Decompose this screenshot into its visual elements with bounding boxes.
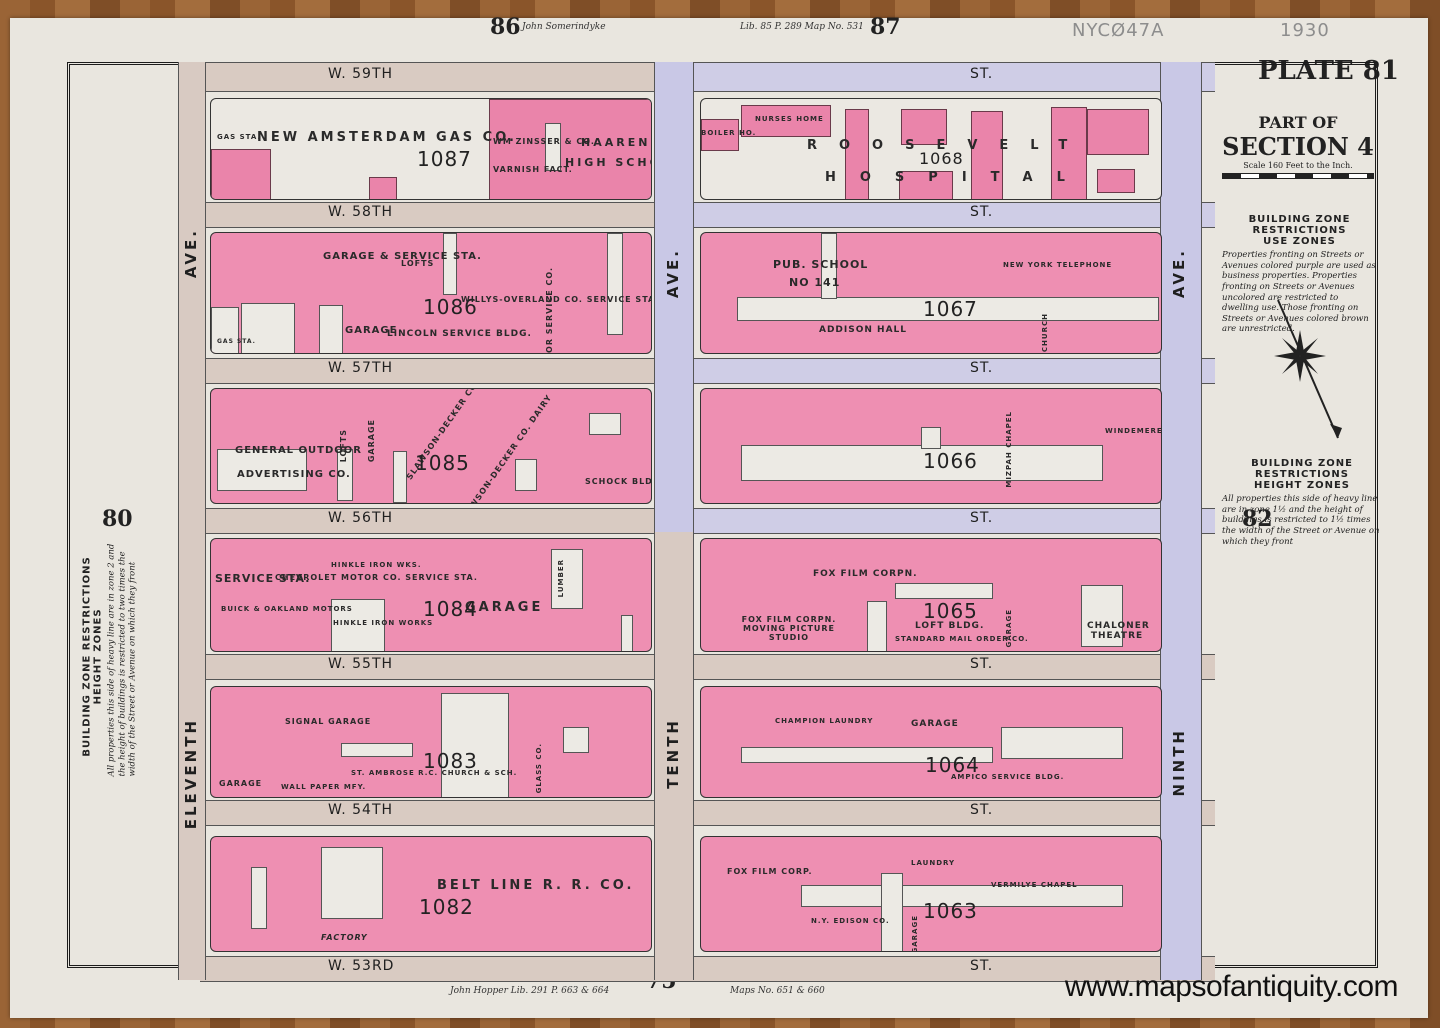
street-label-w58: W. 58TH <box>328 204 393 220</box>
height-zones-legend-left: BUILDING ZONE RESTRICTIONS HEIGHT ZONES … <box>82 536 139 776</box>
label-ny-edison: N.Y. EDISON CO. <box>811 917 890 925</box>
label-contractors-glass: CONTRACTORS GLASS CO. <box>535 743 543 798</box>
label-hinkle-iron-works: HINKLE IRON WORKS <box>333 619 433 627</box>
label-ny-telephone: NEW YORK TELEPHONE <box>1003 261 1112 269</box>
street-label-w54: W. 54TH <box>328 802 393 818</box>
street-w58-east <box>670 202 1215 228</box>
scale-text: Scale 160 Feet to the Inch. <box>1218 161 1378 170</box>
label-windemere: WINDEMERE <box>1105 427 1162 435</box>
label-mizpah-chapel: MIZPAH CHAPEL <box>1005 411 1013 488</box>
section-title: SECTION 4 <box>1218 132 1378 161</box>
block-1066[interactable]: MIZPAH CHAPEL WINDEMERE 1066 <box>700 388 1162 504</box>
label-garage-2: GARAGE <box>367 419 376 462</box>
compass-rose-icon <box>1250 296 1350 446</box>
label-hinkle-iron-wks: HINKLE IRON WKS. <box>331 561 422 569</box>
pencil-code: NYCØ47A <box>1072 20 1164 41</box>
label-nurses-home: NURSES HOME <box>755 115 824 123</box>
label-garage-4: GARAGE <box>1005 609 1013 648</box>
label-wall-paper-mfy: WALL PAPER MFY. <box>281 783 366 791</box>
block-number: 1082 <box>419 895 474 919</box>
block-number: 1087 <box>417 147 472 171</box>
section-part-label: PART OF <box>1218 113 1378 132</box>
avenue-label-eleventh-ave: AVE. <box>182 228 200 278</box>
avenue-label-tenth: TENTH <box>664 718 682 789</box>
label-advertising-co: ADVERTISING CO. <box>237 469 351 481</box>
bottom-maps-note: Maps No. 651 & 660 <box>730 986 825 996</box>
height-zones-legend-right: BUILDING ZONE RESTRICTIONS HEIGHT ZONES … <box>1222 458 1382 547</box>
label-laundry: LAUNDRY <box>911 859 955 867</box>
street-label-w59-st: ST. <box>970 66 993 82</box>
bottom-owner-note: John Hopper Lib. 291 P. 663 & 664 <box>450 986 609 996</box>
label-lofts-2: LOFTS <box>339 429 348 462</box>
block-1068[interactable]: BOILER HO. NURSES HOME ROOSEVELT HOSPITA… <box>700 98 1162 200</box>
label-boiler-ho: BOILER HO. <box>701 129 756 137</box>
block-number: 1086 <box>423 295 478 319</box>
label-hospital: HOSPITAL <box>825 171 1089 186</box>
label-signal-garage: SIGNAL GARAGE <box>285 717 371 726</box>
street-label-w53-st: ST. <box>970 958 993 974</box>
block-1086[interactable]: GARAGE & SERVICE STA. LOFTS GARAGE LINCO… <box>210 232 652 354</box>
block-number: 1083 <box>423 749 478 773</box>
use-zones-title: BUILDING ZONE RESTRICTIONS <box>1222 214 1377 236</box>
block-number: 1084 <box>423 597 478 621</box>
section-title-panel: PART OF SECTION 4 Scale 160 Feet to the … <box>1218 113 1378 179</box>
avenue-eleventh <box>178 62 206 980</box>
label-champion-laundry: CHAMPION LAUNDRY <box>775 717 873 725</box>
label-buick-oakland: BUICK & OAKLAND MOTORS <box>221 605 353 613</box>
block-number: 1064 <box>925 753 980 777</box>
avenue-ninth <box>1160 62 1202 980</box>
street-label-w58-st: ST. <box>970 204 993 220</box>
pencil-year: 1930 <box>1280 20 1330 41</box>
street-label-w56: W. 56TH <box>328 510 393 526</box>
block-number: 1066 <box>923 449 978 473</box>
street-w57-west <box>200 358 670 384</box>
block-1083[interactable]: SIGNAL GARAGE GARAGE WALL PAPER MFY. ST.… <box>210 686 652 798</box>
label-addison-hall: ADDISON HALL <box>819 325 907 335</box>
block-number: 1063 <box>923 899 978 923</box>
height-zones-subtitle-left: HEIGHT ZONES <box>93 536 104 776</box>
label-vermilye-chapel: VERMILYE CHAPEL <box>991 881 1078 889</box>
height-zones-subtitle: HEIGHT ZONES <box>1222 480 1382 491</box>
label-garage-5: GARAGE <box>219 779 262 788</box>
block-1064[interactable]: CHAMPION LAUNDRY GARAGE AMPICO SERVICE B… <box>700 686 1162 798</box>
scale-bar <box>1222 173 1374 179</box>
label-chevrolet: CHEVROLET MOTOR CO. SERVICE STA. <box>275 573 478 582</box>
atlas-page: NYCØ47A 1930 PLATE 81 86 87 80 82 75 Joh… <box>10 18 1428 1018</box>
street-label-w54-st: ST. <box>970 802 993 818</box>
block-number: 1067 <box>923 297 978 321</box>
street-label-w57: W. 57TH <box>328 360 393 376</box>
block-number: 1085 <box>415 451 470 475</box>
label-fox-film-corp: FOX FILM CORP. <box>727 867 812 876</box>
watermark-url[interactable]: www.mapsofantiquity.com <box>1065 970 1398 1004</box>
label-garage-7: GARAGE <box>911 915 919 952</box>
label-no-141: NO 141 <box>789 277 840 290</box>
label-willys-overland: WILLYS-OVERLAND CO. SERVICE STATION <box>461 295 652 304</box>
block-1084[interactable]: SERVICE STA. BUICK & OAKLAND MOTORS CHEV… <box>210 538 652 652</box>
street-label-w59: W. 59TH <box>328 66 393 82</box>
block-number: 1065 <box>923 599 978 623</box>
block-1063[interactable]: FOX FILM CORP. N.Y. EDISON CO. GARAGE LA… <box>700 836 1162 952</box>
street-label-w55: W. 55TH <box>328 656 393 672</box>
avenue-label-tenth-ave: AVE. <box>664 248 682 298</box>
label-lumber: LUMBER <box>557 559 565 597</box>
street-w58-west <box>200 202 670 228</box>
label-chaloner-theatre: CHALONER THEATRE <box>1087 621 1147 642</box>
label-slawson-decker-dairy: SLAWSON-DECKER CO. DAIRY <box>457 393 554 504</box>
block-1082[interactable]: BELT LINE R. R. CO. FACTORY 1082 <box>210 836 652 952</box>
block-1087[interactable]: GAS STA. NEW AMSTERDAM GAS CO. WM ZINSSE… <box>210 98 652 200</box>
adjacent-plate-top-right: 87 <box>870 14 901 40</box>
label-zinsser: WM ZINSSER & CO. <box>493 137 595 146</box>
street-w56-west <box>200 508 670 534</box>
label-haaren: HAAREN <box>581 137 650 150</box>
street-w59-west <box>200 62 670 92</box>
adjacent-plate-top-left: 86 <box>490 14 521 40</box>
height-zones-title-left: BUILDING ZONE RESTRICTIONS <box>82 536 93 776</box>
street-w56-east <box>670 508 1215 534</box>
street-w57-east <box>670 358 1215 384</box>
block-1065[interactable]: FOX FILM CORPN. FOX FILM CORPN. MOVING P… <box>700 538 1162 652</box>
label-belt-line: BELT LINE R. R. CO. <box>437 879 634 894</box>
label-gas-sta-2: GAS STA. <box>217 339 256 346</box>
label-varnish-fact: VARNISH FACT. <box>493 165 573 174</box>
street-label-w55-st: ST. <box>970 656 993 672</box>
avenue-label-ninth: NINTH <box>1170 728 1188 796</box>
top-owner-note: John Somerindyke <box>522 22 606 32</box>
avenue-label-ninth-ave: AVE. <box>1170 248 1188 298</box>
label-stromberg: STROMBERG MOTOR SERVICE CO. <box>545 267 554 354</box>
avenue-label-eleventh: ELEVENTH <box>182 718 200 829</box>
label-new-amsterdam-gas: NEW AMSTERDAM GAS CO. <box>257 131 517 146</box>
label-lincoln-service-bldg: LINCOLN SERVICE BLDG. <box>387 329 532 339</box>
use-zones-subtitle: USE ZONES <box>1222 236 1377 247</box>
top-lib-note: Lib. 85 P. 289 Map No. 531 <box>740 22 864 32</box>
block-1085[interactable]: GENERAL OUTDOOR ADVERTISING CO. LOFTS GA… <box>210 388 652 504</box>
block-1067[interactable]: PUB. SCHOOL NO 141 ADDISON HALL NEW YORK… <box>700 232 1162 354</box>
label-fox-film-corpn: FOX FILM CORPN. <box>813 569 918 579</box>
height-zones-text-left: All properties this side of heavy line a… <box>107 536 139 776</box>
label-pub-school: PUB. SCHOOL <box>773 259 868 272</box>
street-w59-east <box>670 62 1215 92</box>
label-moving-picture-studio: FOX FILM CORPN. MOVING PICTURE STUDIO <box>729 615 849 643</box>
label-gas-sta: GAS STA. <box>217 133 261 141</box>
label-garage-6: GARAGE <box>911 719 959 729</box>
label-catholic-apostolic: CATHOLIC APOSTOLIC CHURCH <box>1041 313 1049 354</box>
street-label-w53: W. 53RD <box>328 958 394 974</box>
height-zones-text: All properties this side of heavy line a… <box>1222 494 1382 547</box>
label-factory: FACTORY <box>321 933 368 942</box>
label-schock-bldg: SCHOCK BLDG. <box>585 477 652 486</box>
block-number: 1068 <box>919 149 964 168</box>
street-label-w56-st: ST. <box>970 510 993 526</box>
label-high-school: HIGH SCHOOL <box>565 157 652 170</box>
street-label-w57-st: ST. <box>970 360 993 376</box>
height-zones-title: BUILDING ZONE RESTRICTIONS <box>1222 458 1382 480</box>
label-lofts: LOFTS <box>401 259 434 268</box>
